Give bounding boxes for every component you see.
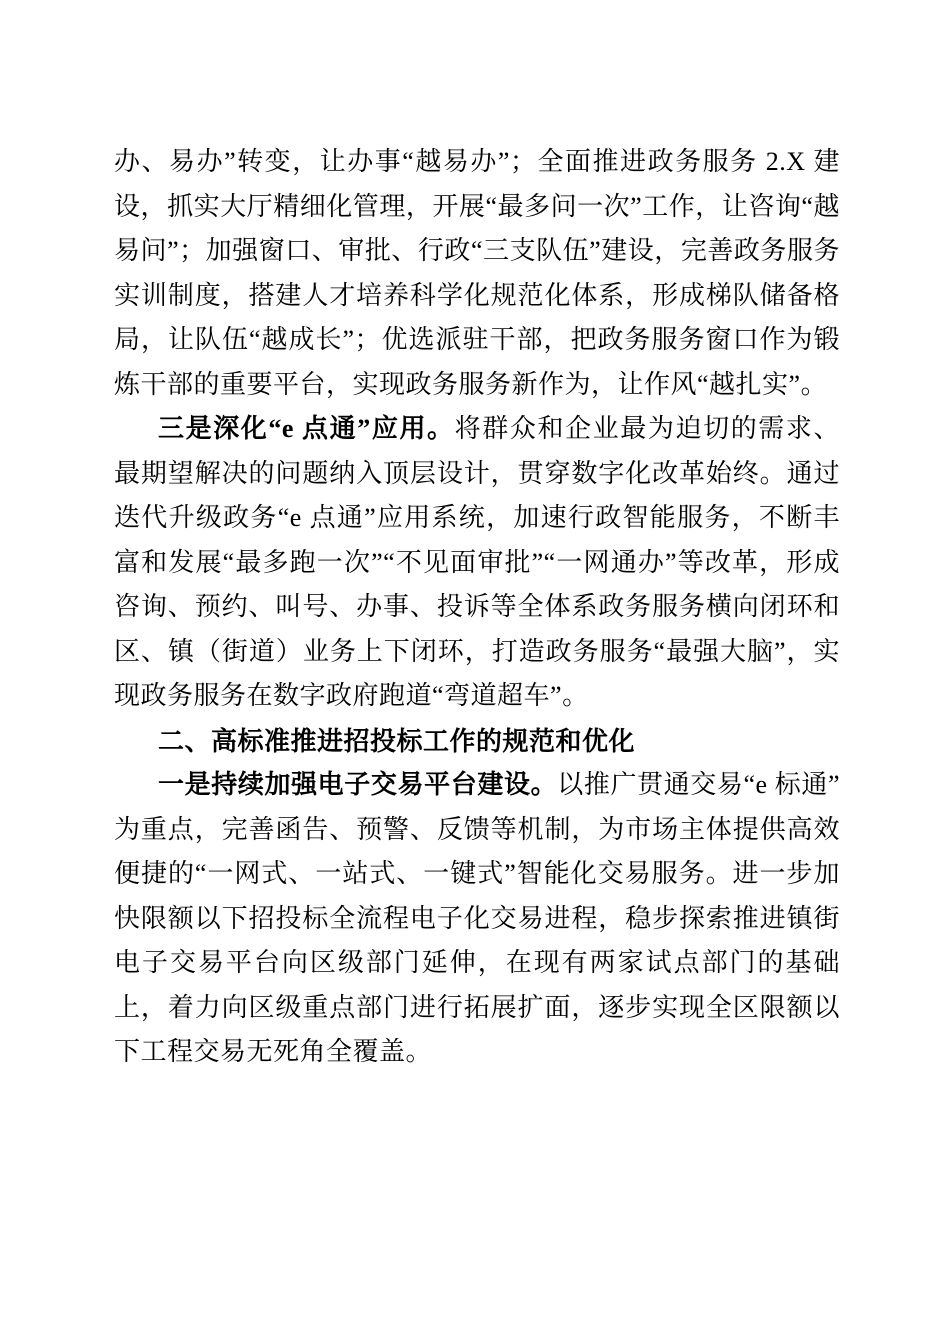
paragraph-e-biaotong: 一是持续加强电子交易平台建设。以推广贯通交易“e 标通”为重点，完善函告、预警、…: [114, 763, 840, 1075]
paragraph-lead: 三是深化“e 点通”应用。: [158, 414, 455, 443]
paragraph-text: 将群众和企业最为迫切的需求、最期望解决的问题纳入顶层设计，贯穿数字化改革始终。通…: [114, 414, 840, 710]
document-page: 办、易办”转变，让办事“越易办”；全面推进政务服务 2.X 建设，抓实大厅精细化…: [0, 0, 950, 1344]
paragraph-continuation: 办、易办”转变，让办事“越易办”；全面推进政务服务 2.X 建设，抓实大厅精细化…: [114, 140, 840, 407]
paragraph-e-diantong: 三是深化“e 点通”应用。将群众和企业最为迫切的需求、最期望解决的问题纳入顶层设…: [114, 407, 840, 719]
paragraph-text: 以推广贯通交易“e 标通”为重点，完善函告、预警、反馈等机制，为市场主体提供高效…: [114, 770, 840, 1066]
section-heading: 二、高标准推进招投标工作的规范和优化: [114, 719, 840, 764]
section-heading-text: 二、高标准推进招投标工作的规范和优化: [158, 726, 635, 756]
paragraph-lead: 一是持续加强电子交易平台建设。: [158, 770, 557, 799]
paragraph-text: 办、易办”转变，让办事“越易办”；全面推进政务服务 2.X 建设，抓实大厅精细化…: [114, 147, 840, 399]
